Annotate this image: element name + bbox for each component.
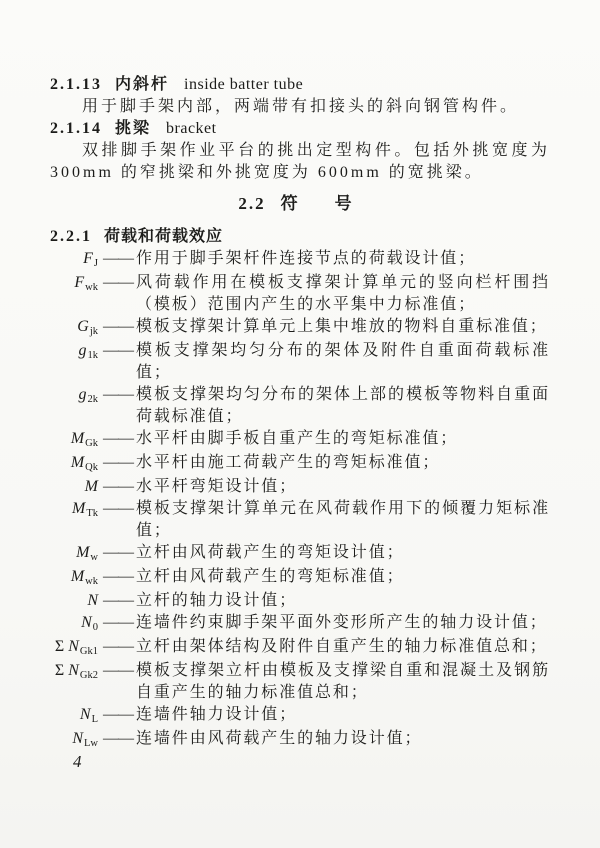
symbol-separator: —— — [103, 316, 133, 338]
page-number: 4 — [73, 751, 82, 773]
symbol-entry: Σ NGk2——模板支撑架立杆由模板及支撑梁自重和混凝土及钢筋自重产生的轴力标准… — [50, 660, 550, 704]
clause-body-text: 双排脚手架作业平台的挑出定型构件。包括外挑宽度为 300mm 的窄挑梁和外挑宽度… — [50, 140, 550, 184]
symbol-base: M — [72, 500, 85, 517]
symbol-subscript: Tk — [86, 508, 98, 519]
symbol-term: Gjk — [50, 316, 98, 340]
symbol-entry: Gjk——模板支撑架计算单元上集中堆放的物料自重标准值； — [50, 316, 550, 340]
symbol-base: G — [77, 318, 89, 335]
symbol-definition: 风荷载作用在模板支撑架计算单元的竖向栏杆围挡（模板）范围内产生的水平集中力标准值… — [136, 272, 550, 316]
symbol-term: N0 — [50, 612, 98, 636]
symbol-definition: 作用于脚手架杆件连接节点的荷载设计值； — [136, 248, 550, 270]
symbol-entry: Mwk——立杆由风荷载产生的弯矩标准值； — [50, 566, 550, 590]
symbol-base: N — [81, 614, 92, 631]
section-title: 符 号 — [281, 194, 362, 213]
symbol-term: NLw — [50, 728, 98, 752]
symbol-base: F — [83, 250, 93, 267]
symbol-subscript: L — [92, 714, 98, 725]
symbol-separator: —— — [103, 566, 133, 588]
symbol-entry: Fwk——风荷载作用在模板支撑架计算单元的竖向栏杆围挡（模板）范围内产生的水平集… — [50, 272, 550, 316]
symbol-definition: 模板支撑架均匀分布的架体上部的模板等物料自重面荷载标准值； — [136, 384, 550, 428]
symbol-entry: MGk——水平杆由脚手板自重产生的弯矩标准值； — [50, 428, 550, 452]
clause-number: 2.1.13 — [50, 76, 102, 93]
symbol-base: N — [80, 706, 91, 723]
symbol-definition: 连墙件轴力设计值； — [136, 704, 550, 726]
symbol-subscript: J — [94, 258, 98, 269]
symbol-entry: MTk——模板支撑架计算单元在风荷载作用下的倾覆力矩标准值； — [50, 498, 550, 542]
symbol-base: M — [85, 478, 98, 495]
symbol-definition: 连墙件约束脚手架平面外变形所产生的轴力设计值； — [136, 612, 550, 634]
symbol-term: M — [50, 476, 98, 498]
symbol-entry: N——立杆的轴力设计值； — [50, 590, 550, 612]
symbol-subscript: Gk — [85, 438, 98, 449]
symbol-entry: Σ NGk1——立杆由架体结构及附件自重产生的轴力标准值总和； — [50, 636, 550, 660]
symbol-term: FJ — [50, 248, 98, 272]
symbol-subscript: w — [90, 552, 98, 563]
symbol-base: N — [87, 592, 98, 609]
clause-title-en: inside batter tube — [184, 76, 303, 93]
symbol-base: g — [79, 342, 87, 359]
symbol-definition: 模板支撑架立杆由模板及支撑梁自重和混凝土及钢筋自重产生的轴力标准值总和； — [136, 660, 550, 704]
clause-body-text: 用于脚手架内部，两端带有扣接头的斜向钢管构件。 — [50, 96, 550, 118]
symbol-definition: 立杆的轴力设计值； — [136, 590, 550, 612]
symbol-definition: 立杆由风荷载产生的弯矩标准值； — [136, 566, 550, 588]
symbol-entry: M——水平杆弯矩设计值； — [50, 476, 550, 498]
symbol-term: MQk — [50, 452, 98, 476]
symbol-entry: NL——连墙件轴力设计值； — [50, 704, 550, 728]
symbol-separator: —— — [103, 428, 133, 450]
symbol-entry: g2k——模板支撑架均匀分布的架体上部的模板等物料自重面荷载标准值； — [50, 384, 550, 428]
symbol-term: MGk — [50, 428, 98, 452]
symbol-separator: —— — [103, 590, 133, 612]
symbol-subscript: wk — [85, 576, 98, 587]
symbol-base: N — [72, 730, 83, 747]
symbol-definition: 连墙件由风荷载产生的轴力设计值； — [136, 728, 550, 750]
symbol-separator: —— — [103, 612, 133, 634]
symbol-separator: —— — [103, 384, 133, 406]
symbol-term: NL — [50, 704, 98, 728]
symbol-separator: —— — [103, 636, 133, 658]
symbol-separator: —— — [103, 476, 133, 498]
clause-2-1-14: 2.1.14挑梁bracket 双排脚手架作业平台的挑出定型构件。包括外挑宽度为… — [50, 118, 550, 184]
symbol-separator: —— — [103, 704, 133, 726]
symbol-subscript: 0 — [93, 622, 98, 633]
symbol-subscript: jk — [90, 326, 98, 337]
symbol-term: g2k — [50, 384, 98, 408]
clause-heading: 2.1.13内斜杆inside batter tube — [50, 74, 550, 96]
symbol-separator: —— — [103, 340, 133, 362]
symbol-definition: 模板支撑架计算单元上集中堆放的物料自重标准值； — [136, 316, 550, 338]
symbol-separator: —— — [103, 542, 133, 564]
symbol-base: F — [74, 274, 84, 291]
symbol-base: g — [79, 386, 87, 403]
clause-heading: 2.1.14挑梁bracket — [50, 118, 550, 140]
symbol-separator: —— — [103, 660, 133, 682]
symbol-term: Fwk — [50, 272, 98, 296]
symbol-entry: g1k——模板支撑架均匀分布的架体及附件自重面荷载标准值； — [50, 340, 550, 384]
symbol-definition: 模板支撑架计算单元在风荷载作用下的倾覆力矩标准值； — [136, 498, 550, 542]
symbol-definition: 水平杆弯矩设计值； — [136, 476, 550, 498]
symbol-term: g1k — [50, 340, 98, 364]
symbol-term: Σ NGk2 — [50, 660, 98, 684]
symbol-term: Σ NGk1 — [50, 636, 98, 660]
symbol-subscript: 1k — [88, 350, 99, 361]
symbol-separator: —— — [103, 452, 133, 474]
symbol-base: M — [71, 454, 84, 471]
symbol-definition: 模板支撑架均匀分布的架体及附件自重面荷载标准值； — [136, 340, 550, 384]
document-page: 2.1.13内斜杆inside batter tube 用于脚手架内部，两端带有… — [0, 0, 600, 848]
symbol-entry: MQk——水平杆由施工荷载产生的弯矩标准值； — [50, 452, 550, 476]
symbol-base: M — [76, 544, 89, 561]
symbol-subscript: Gk1 — [80, 646, 98, 657]
clause-title-en: bracket — [166, 120, 217, 137]
symbol-definition: 水平杆由施工荷载产生的弯矩标准值； — [136, 452, 550, 474]
symbol-term: Mwk — [50, 566, 98, 590]
section-number: 2.2 — [238, 194, 265, 213]
symbol-entry: N0——连墙件约束脚手架平面外变形所产生的轴力设计值； — [50, 612, 550, 636]
subsection-heading: 2.2.1荷载和荷载效应 — [50, 226, 550, 248]
subsection-title: 荷载和荷载效应 — [104, 228, 223, 245]
sigma-prefix: Σ — [55, 638, 68, 655]
symbol-definition: 水平杆由脚手板自重产生的弯矩标准值； — [136, 428, 550, 450]
symbol-base: M — [71, 568, 84, 585]
section-heading: 2.2符 号 — [50, 193, 550, 215]
symbol-base: M — [71, 430, 84, 447]
clause-title-zh: 内斜杆 — [115, 76, 169, 93]
symbol-entry: FJ——作用于脚手架杆件连接节点的荷载设计值； — [50, 248, 550, 272]
symbol-definition: 立杆由架体结构及附件自重产生的轴力标准值总和； — [136, 636, 550, 658]
symbol-separator: —— — [103, 498, 133, 520]
symbol-subscript: Lw — [84, 738, 98, 749]
symbol-subscript: 2k — [88, 394, 99, 405]
symbol-base: N — [68, 638, 79, 655]
subsection-number: 2.2.1 — [50, 228, 92, 245]
symbol-subscript: Qk — [85, 462, 98, 473]
symbol-separator: —— — [103, 728, 133, 750]
symbol-term: MTk — [50, 498, 98, 522]
symbol-term: N — [50, 590, 98, 612]
symbol-subscript: wk — [85, 282, 98, 293]
symbol-base: N — [68, 662, 79, 679]
symbol-definition: 立杆由风荷载产生的弯矩设计值； — [136, 542, 550, 564]
symbol-entry: Mw——立杆由风荷载产生的弯矩设计值； — [50, 542, 550, 566]
symbol-term: Mw — [50, 542, 98, 566]
clause-2-1-13: 2.1.13内斜杆inside batter tube 用于脚手架内部，两端带有… — [50, 74, 550, 118]
clause-title-zh: 挑梁 — [115, 120, 151, 137]
clause-number: 2.1.14 — [50, 120, 102, 137]
symbol-entry: NLw——连墙件由风荷载产生的轴力设计值； — [50, 728, 550, 752]
symbol-separator: —— — [103, 248, 133, 270]
sigma-prefix: Σ — [55, 662, 68, 679]
symbol-subscript: Gk2 — [80, 670, 98, 681]
symbol-separator: —— — [103, 272, 133, 294]
symbol-list: FJ——作用于脚手架杆件连接节点的荷载设计值；Fwk——风荷载作用在模板支撑架计… — [50, 248, 550, 752]
